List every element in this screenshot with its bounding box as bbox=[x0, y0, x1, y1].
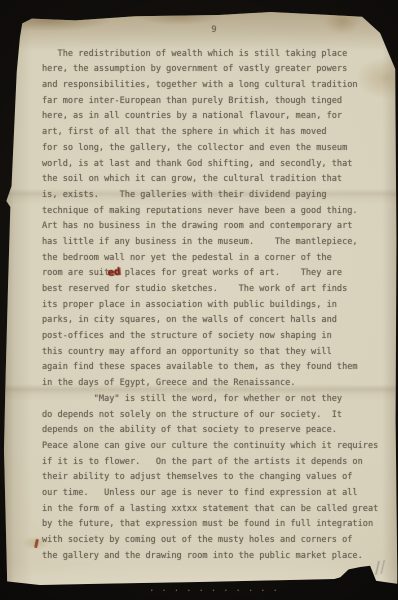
typewritten-line: "May" is still the word, for whether or … bbox=[42, 392, 386, 408]
typewritten-line: do depends not solely on the structure o… bbox=[42, 408, 386, 424]
typewritten-line bbox=[42, 564, 386, 580]
typewritten-line: for so long, the gallery, the collector … bbox=[42, 141, 386, 157]
typewritten-page: 9 The redistribution of wealth which is … bbox=[42, 23, 386, 598]
red-ink-correction: ed bbox=[107, 265, 122, 284]
typewritten-line: The redistribution of wealth which is st… bbox=[42, 47, 386, 63]
typewritten-line: our time. Unless our age is never to fin… bbox=[42, 486, 386, 502]
typewritten-line: by the future, that expression must be f… bbox=[42, 517, 386, 533]
typewritten-line: and responsibilities, together with a lo… bbox=[42, 78, 386, 94]
typewritten-line: world, is at last and thank God shifting… bbox=[42, 157, 386, 173]
paragraph-1: The redistribution of wealth which is st… bbox=[42, 47, 386, 392]
typewritten-line: this country may afford an opportunity s… bbox=[42, 345, 386, 361]
typewritten-line: has little if any business in the museum… bbox=[42, 235, 386, 251]
typewritten-line: the soil on which it can grow, the cultu… bbox=[42, 172, 386, 188]
typewritten-line: is, exists. The galleries with their div… bbox=[42, 188, 386, 204]
typewritten-line: post-offices and the structure of societ… bbox=[42, 329, 386, 345]
typewritten-line: here, as in all countries by a national … bbox=[42, 109, 386, 125]
typewritten-line: Art has no business in the drawing room … bbox=[42, 219, 386, 235]
typewritten-line: in the days of Egypt, Greece and the Ren… bbox=[42, 376, 386, 392]
typewritten-line: art, first of all that the sphere in whi… bbox=[42, 125, 386, 141]
typewritten-line: their ability to adjust themselves to th… bbox=[42, 470, 386, 486]
line-text: places for great works of art. They are bbox=[120, 268, 342, 278]
typewritten-line: here, the assumption by government of va… bbox=[42, 62, 386, 78]
page-number: 9 bbox=[42, 23, 386, 39]
end-of-text-dots: . . . . . . . . . . . bbox=[42, 582, 386, 598]
typewritten-line: the gallery and the drawing room into th… bbox=[42, 549, 386, 565]
photo-background: 9 The redistribution of wealth which is … bbox=[0, 0, 398, 600]
typewritten-line: Peace alone can give our culture the con… bbox=[42, 439, 386, 455]
typewritten-line: depends on the ability of that society t… bbox=[42, 423, 386, 439]
paragraph-2: "May" is still the word, for whether or … bbox=[42, 392, 386, 580]
typewritten-line: technique of making reputations never ha… bbox=[42, 204, 386, 220]
typewritten-line: room are suited places for great works o… bbox=[42, 266, 386, 282]
typewritten-line: far more inter-European than purely Brit… bbox=[42, 94, 386, 110]
typewritten-line: parks, in city squares, on the walls of … bbox=[42, 313, 386, 329]
line-text: room are suit bbox=[42, 268, 109, 278]
typewritten-line: if it is to flower. On the part of the a… bbox=[42, 455, 386, 471]
typewritten-line: with society by coming out of the musty … bbox=[42, 533, 386, 549]
typewritten-line: best reserved for studio sketches. The w… bbox=[42, 282, 386, 298]
typewritten-line: the bedroom wall nor yet the pedestal in… bbox=[42, 251, 386, 267]
typewritten-line: in the form of a lasting xxtxx statement… bbox=[42, 502, 386, 518]
typewritten-line: again find these spaces available to the… bbox=[42, 360, 386, 376]
typewritten-line: its proper place in association with pub… bbox=[42, 298, 386, 314]
